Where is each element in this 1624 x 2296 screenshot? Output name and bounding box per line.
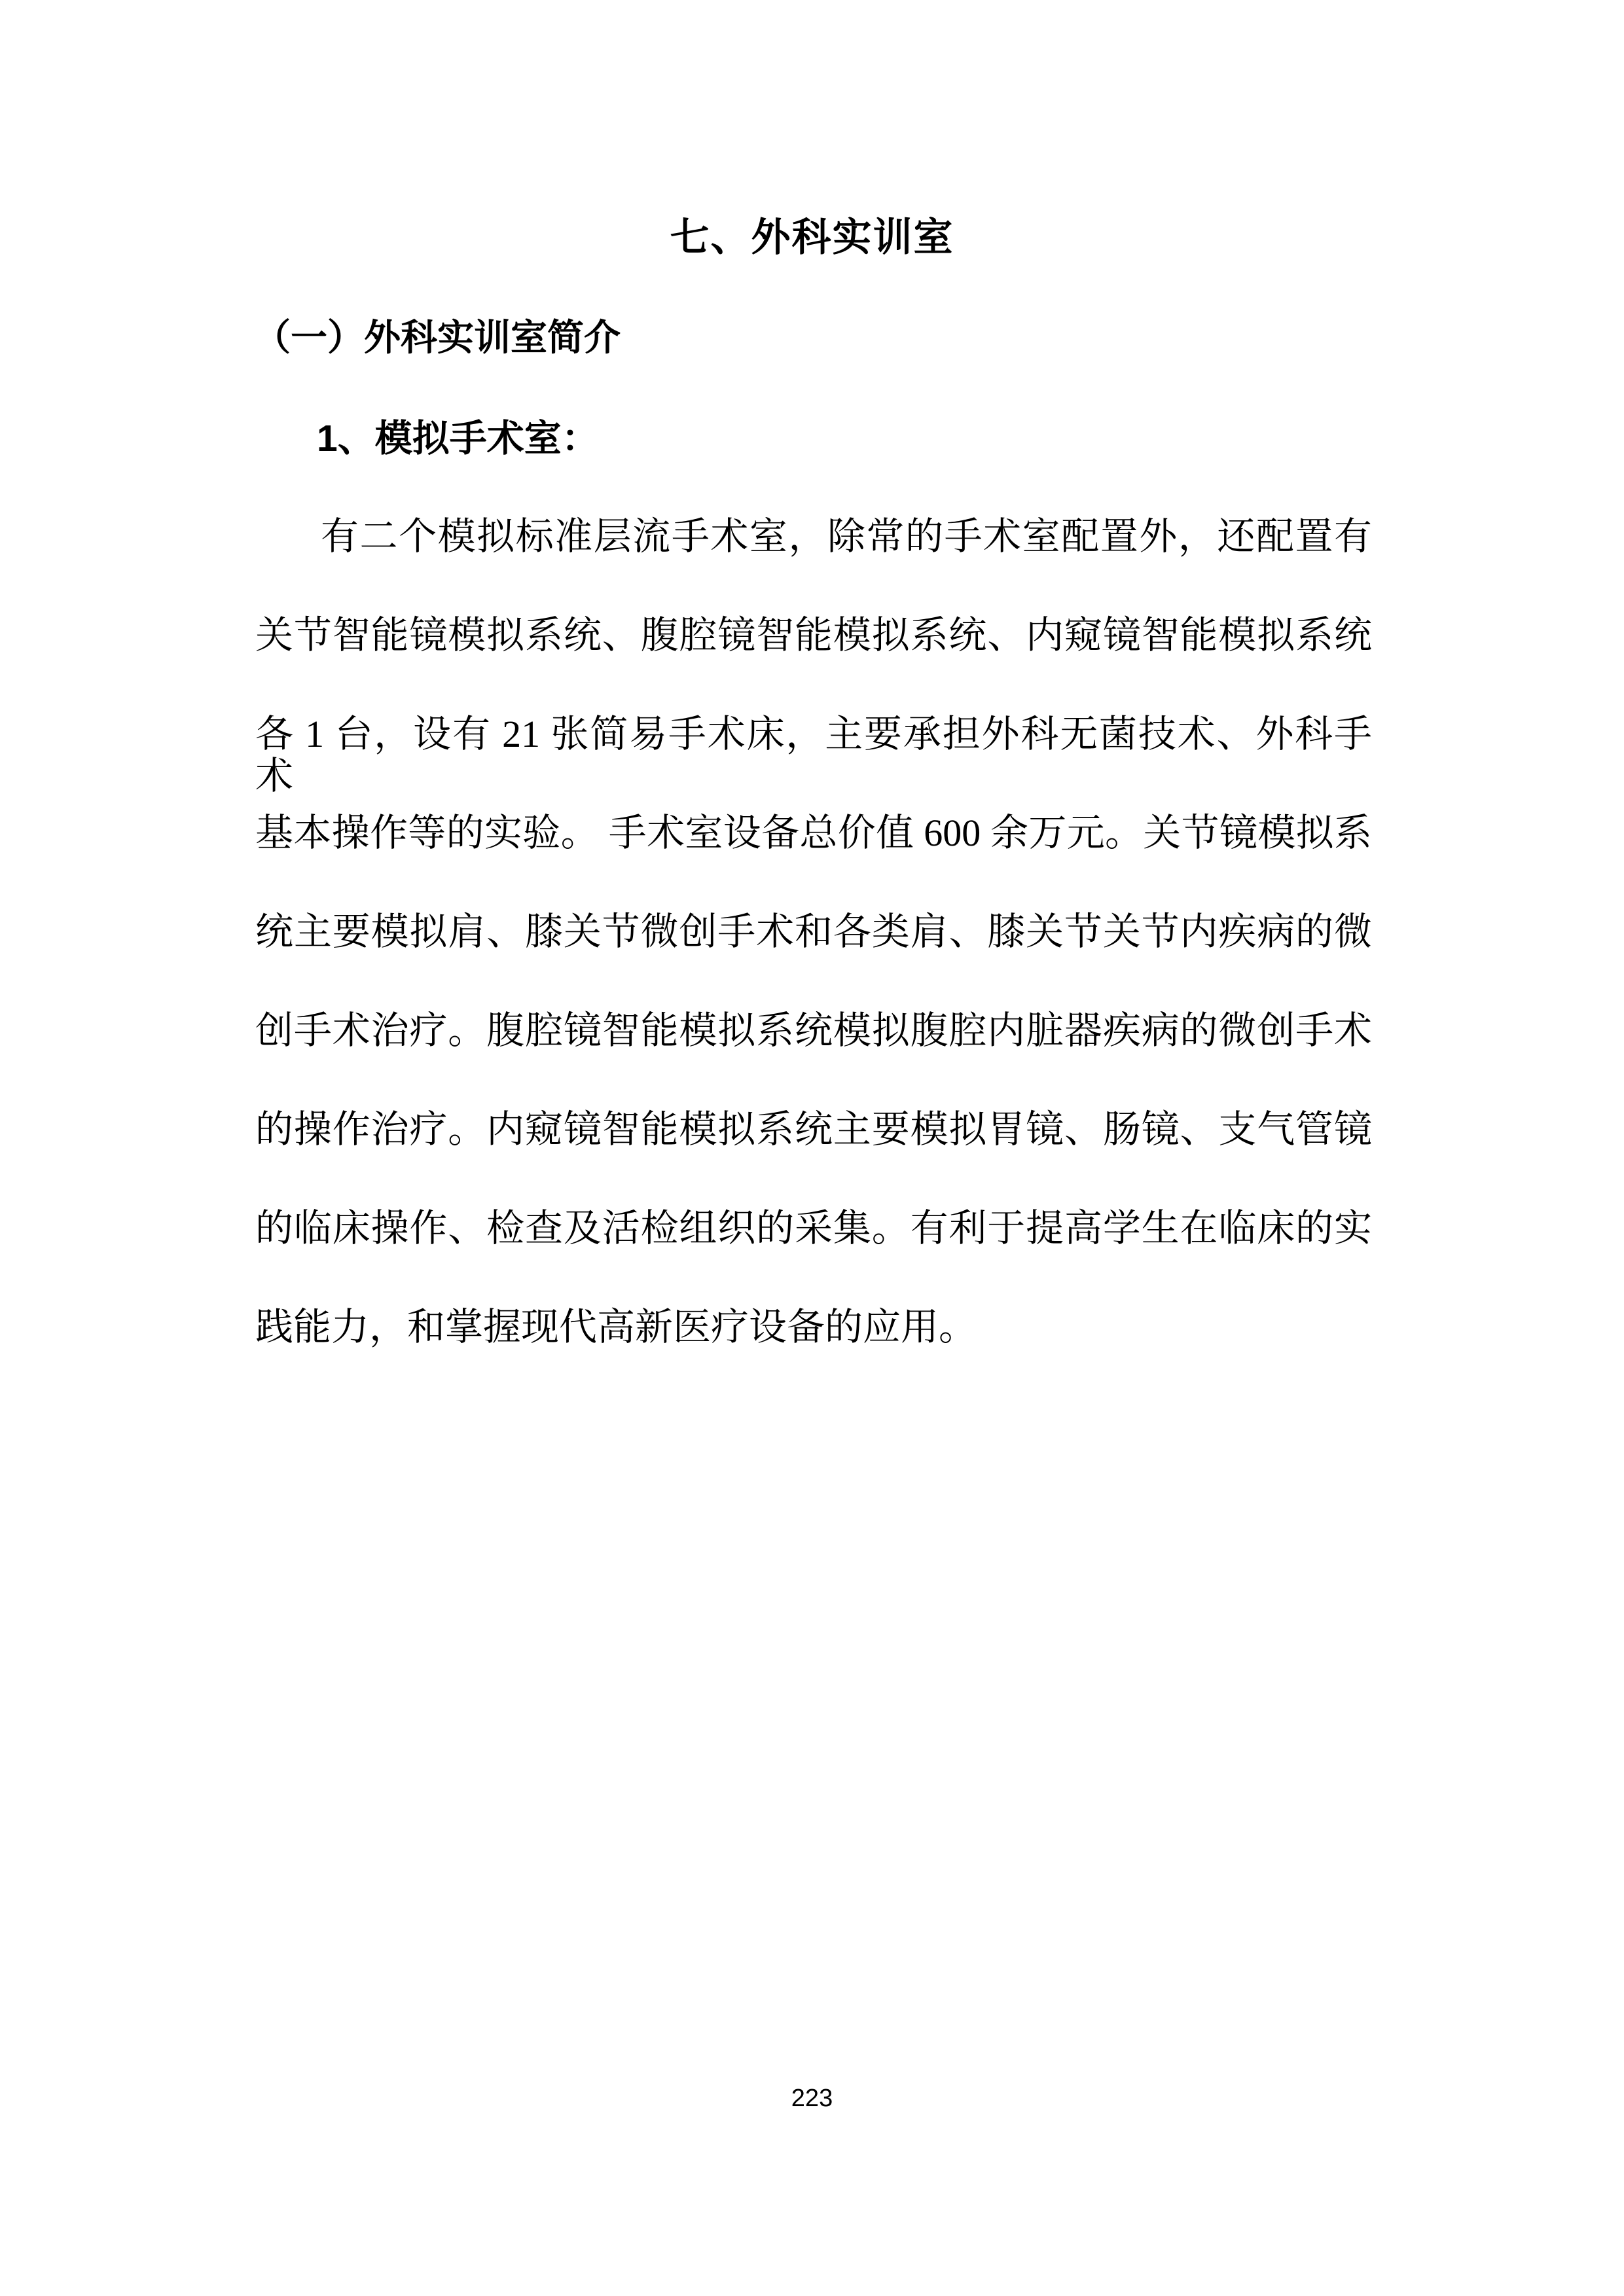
paragraph-line: 创手术治疗。腹腔镜智能模拟系统模拟腹腔内脏器疾病的微创手术 bbox=[255, 1010, 1372, 1052]
document-page: 七、外科实训室 （一）外科实训室简介 1、模拟手术室： 有二个模拟标准层流手术室… bbox=[0, 0, 1624, 2296]
paragraph-line: 关节智能镜模拟系统、腹腔镜智能模拟系统、内窥镜智能模拟系统 bbox=[255, 615, 1372, 656]
paragraph-line: 各 1 台，设有 21 张简易手术床，主要承担外科无菌技术、外科手术 bbox=[255, 713, 1372, 755]
subsection-heading: 1、模拟手术室： bbox=[317, 418, 599, 459]
page-number: 223 bbox=[0, 2084, 1624, 2113]
paragraph-line: 统主要模拟肩、膝关节微创手术和各类肩、膝关节关节内疾病的微 bbox=[255, 911, 1372, 953]
paragraph-line: 的操作治疗。内窥镜智能模拟系统主要模拟胃镜、肠镜、支气管镜 bbox=[255, 1109, 1372, 1151]
paragraph-line: 基本操作等的实验。 手术室设备总价值 600 余万元。关节镜模拟系 bbox=[255, 812, 1372, 854]
page-title: 七、外科实训室 bbox=[0, 216, 1624, 259]
paragraph-line: 有二个模拟标准层流手术室，除常的手术室配置外，还配置有 bbox=[255, 516, 1372, 558]
section-heading: （一）外科实训室简介 bbox=[254, 317, 621, 359]
paragraph-line: 践能力，和掌握现代高新医疗设备的应用。 bbox=[255, 1306, 1372, 1348]
paragraph: 有二个模拟标准层流手术室，除常的手术室配置外，还配置有 关节智能镜模拟系统、腹腔… bbox=[255, 516, 1372, 1348]
paragraph-line: 的临床操作、检查及活检组织的采集。有利于提高学生在临床的实 bbox=[255, 1208, 1372, 1249]
